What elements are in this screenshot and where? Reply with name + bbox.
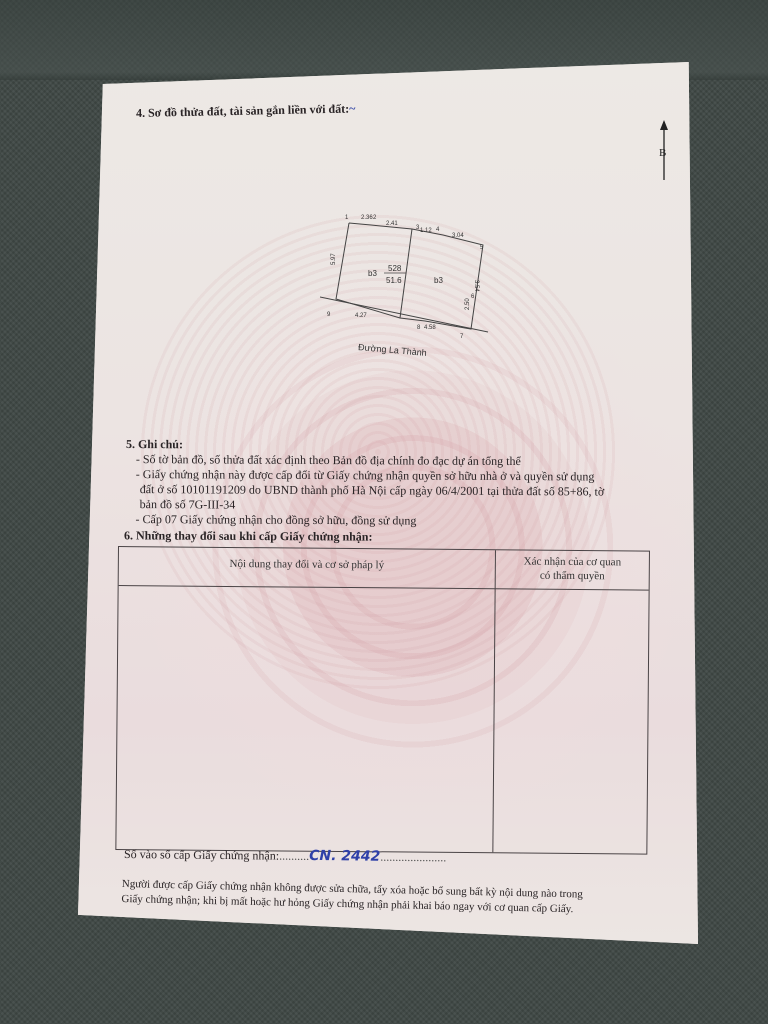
- dots: ......................: [380, 850, 446, 865]
- svg-text:3.04: 3.04: [452, 233, 464, 239]
- svg-text:51.6: 51.6: [386, 276, 402, 285]
- ink-mark: ~: [349, 101, 356, 115]
- svg-text:4: 4: [436, 227, 440, 233]
- registry-number-line: Số vào sổ cấp Giấy chứng nhận:..........…: [124, 846, 446, 865]
- section-6-title: 6. Những thay đổi sau khi cấp Giấy chứng…: [124, 528, 373, 544]
- registry-number-handwritten: CN. 2442: [309, 848, 380, 865]
- svg-text:2.41: 2.41: [386, 221, 398, 227]
- svg-text:1.12: 1.12: [420, 228, 432, 234]
- svg-text:5: 5: [480, 245, 484, 251]
- svg-text:B: B: [659, 147, 666, 159]
- registry-label: Số vào sổ cấp Giấy chứng nhận:: [124, 847, 279, 863]
- column-header-confirmation: Xác nhận của cơ quan có thẩm quyền: [496, 554, 649, 583]
- svg-text:5.97: 5.97: [331, 253, 337, 265]
- svg-text:8: 8: [417, 325, 421, 331]
- column-header-confirmation-line2: có thẩm quyền: [496, 568, 649, 583]
- svg-text:4.58: 4.58: [424, 325, 436, 331]
- svg-text:7: 7: [460, 334, 464, 340]
- svg-text:6: 6: [471, 294, 475, 300]
- svg-text:2: 2: [373, 215, 377, 221]
- svg-text:1: 1: [345, 215, 349, 221]
- svg-text:b3: b3: [368, 269, 377, 278]
- note-3: - Cấp 07 Giấy chứng nhận cho đồng sở hữu…: [126, 512, 666, 530]
- north-arrow-icon: B: [658, 120, 668, 180]
- column-divider: [492, 550, 496, 852]
- svg-text:528: 528: [388, 264, 402, 273]
- column-header-confirmation-line1: Xác nhận của cơ quan: [496, 554, 649, 569]
- section-5-notes: 5. Ghi chú: - Số tờ bản đồ, số thửa đất …: [126, 437, 666, 530]
- dots: ..........: [279, 849, 309, 863]
- svg-text:9: 9: [327, 312, 331, 318]
- svg-text:2.36: 2.36: [361, 215, 373, 221]
- svg-text:b3: b3: [434, 276, 443, 285]
- changes-table: Nội dung thay đổi và cơ sở pháp lý Xác n…: [115, 546, 650, 855]
- svg-text:4.27: 4.27: [355, 313, 367, 319]
- svg-text:2.50: 2.50: [465, 298, 471, 310]
- svg-text:3.54: 3.54: [473, 280, 479, 292]
